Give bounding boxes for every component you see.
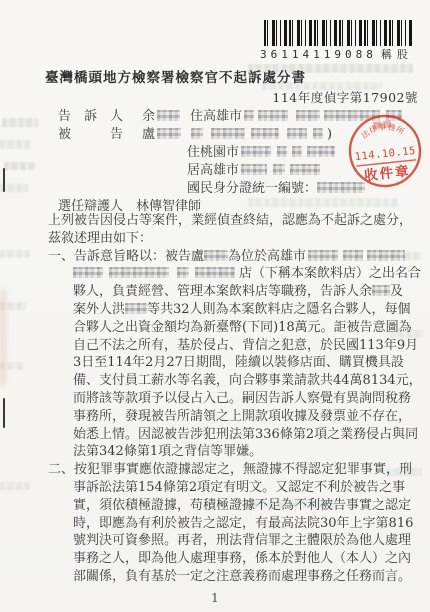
body-line: 法第342條第1項之背信等罪嫌。	[73, 443, 424, 461]
text-run: 夥人，負責經營、管理本案飲料店等職務，告訴人余	[73, 284, 372, 299]
text-run: 及	[390, 284, 403, 299]
body-line: 始悉上情。因認被告涉犯刑法第336條第2項之業務侵占與同	[73, 426, 424, 444]
text-run: 始悉上情。因認被告涉犯刑法第336條第2項之業務侵占與同	[73, 427, 418, 442]
body-line: 二、按犯罪事實應依證據認定之，無證據不得認定犯罪事實，刑	[48, 461, 424, 479]
text-run: 茲敘述理由如下：	[48, 231, 152, 246]
body-line: 3日至114年2月27日期間，陸續以裝修店面、購買機具設	[73, 354, 424, 372]
gap	[123, 119, 142, 120]
text-run: 事務所，發現被告所請領之上開款項收據及發票並不存在，	[73, 409, 411, 424]
text-run: 盧	[142, 127, 155, 142]
redaction-block	[241, 164, 267, 175]
bleed-through-mark	[0, 140, 30, 149]
scan-line-artifact	[3, 398, 5, 428]
body-line: 事訴訟法第154條第2項定有明文。又認定不利於被告之事	[73, 479, 424, 497]
redaction-block	[204, 250, 228, 261]
document-title: 臺灣橋頭地方檢察署檢察官不起訴處分書	[45, 66, 306, 86]
redaction-block	[258, 110, 288, 121]
text-run: 住桃園市	[187, 145, 239, 160]
body-line: 案外人洪等共32人則為本案飲料店之隱名合夥人，每個	[73, 301, 424, 319]
text-run: 被 告	[58, 127, 123, 142]
redaction-block	[157, 110, 180, 121]
redaction-block	[313, 128, 323, 139]
body-line: 號判決可資參照。再者，刑法背信罪之主體限於為他人處理	[73, 532, 424, 550]
scanned-document-page: 36114119088稱股 臺灣橋頭地方檢察署檢察官不起訴處分書 114年度偵字…	[0, 0, 430, 612]
gap	[288, 119, 296, 120]
case-number: 114年度偵字第17902號	[272, 88, 418, 106]
text-run: 二、按犯罪事實應依證據認定之，無證據不得認定犯罪事實，刑	[48, 462, 412, 477]
body-line: 部關係，負有基於一定之注意義務而處理事務之任務而言。	[73, 568, 424, 586]
receipt-stamp: 法律事務所 114.10.15 收件章	[341, 106, 429, 196]
redaction-block	[273, 164, 285, 175]
redaction-block	[109, 267, 169, 278]
body-line: 備、支付員工薪水等名義，向合夥事業請款共44萬8134元，	[73, 372, 424, 390]
text-run: 等共32人則為本案飲料店之隱名合夥人，每個	[147, 302, 411, 317]
redaction-block	[241, 146, 271, 157]
body-line: 事務之人，即為他人處理事務，係本於對他人（本人）之內	[73, 550, 424, 568]
gap	[279, 137, 287, 138]
text-run: 店（下稱本案飲料店）之出名合	[239, 266, 421, 281]
redaction-block	[290, 164, 320, 175]
text-run: 實，須依積極證據，苟積極證據不足為不利被告事實之認定	[73, 498, 411, 513]
text-run: 為位於高雄市	[228, 249, 306, 264]
body-line: 一、告訴意旨略以：被告盧為位於高雄市	[48, 248, 424, 266]
redaction-block	[277, 146, 287, 157]
body-line: 上列被告因侵占等案件，業經偵查終結，認應為不起訴之處分，	[48, 212, 424, 230]
text-run: 告 訴 人	[58, 109, 123, 124]
body-line: 而將該等款項予以侵占入己。嗣因告訴人察覺有異詢問稅務	[73, 390, 424, 408]
text-run: 備、支付員工薪水等名義，向合夥事業請款共44萬8134元，	[73, 373, 422, 388]
barcode-number: 36114119088	[260, 48, 377, 61]
redaction-block	[191, 128, 203, 139]
body-line: 事務所，發現被告所請領之上開款項收據及發票並不存在，	[73, 408, 424, 426]
body-line: 合夥人之出資金額均為新臺幣(下同)18萬元。詎被告意圖為	[73, 319, 424, 337]
body-line: 茲敘述理由如下：	[48, 230, 424, 248]
redaction-block	[251, 128, 279, 139]
bleed-through-mark	[4, 162, 36, 170]
text-run: 號判決可資參照。再者，刑法背信罪之主體限於為他人處理	[73, 533, 411, 548]
redaction-block	[244, 110, 254, 121]
redaction-block	[211, 128, 245, 139]
redaction-block	[177, 267, 189, 278]
redaction-block	[292, 146, 302, 157]
text-run: 案外人洪	[73, 302, 125, 317]
redaction-block	[296, 110, 320, 121]
redaction-block	[307, 146, 335, 157]
text-run: 國民身分證統一編號：	[187, 181, 317, 196]
body-line: 夥人，負責經營、管理本案飲料店等職務，告訴人余及	[73, 283, 424, 301]
gap	[169, 276, 177, 277]
page-number: 1	[0, 591, 430, 605]
text-run: 居高雄市	[187, 163, 239, 178]
barcode-caption: 36114119088稱股	[260, 46, 425, 62]
bleed-through-mark	[0, 482, 30, 490]
scan-line-artifact	[3, 168, 5, 192]
text-run: 而將該等款項予以侵占入己。嗣因告訴人察覺有異詢問稅務	[73, 391, 411, 406]
gap	[180, 119, 190, 120]
redaction-block	[157, 128, 181, 139]
redaction-block	[125, 303, 147, 314]
bleed-through-mark	[2, 118, 38, 127]
text-run: )	[327, 127, 332, 142]
redaction-block	[343, 250, 363, 261]
body-line: 實，須依積極證據，苟積極證據不足為不利被告事實之認定	[73, 497, 424, 515]
redaction-block	[372, 285, 390, 296]
text-run: 上列被告因侵占等案件，業經偵查終結，認應為不起訴之處分，	[48, 213, 412, 228]
text-run: 合夥人之出資金額均為新臺幣(下同)18萬元。詎被告意圖為	[73, 320, 412, 335]
body-text: 上列被告因侵占等案件，業經偵查終結，認應為不起訴之處分，茲敘述理由如下：一、告訴…	[48, 212, 424, 586]
redaction-block	[367, 250, 405, 261]
text-run: 時，即應為有利於被告之認定，有最高法院30年上字第816	[73, 516, 413, 531]
redaction-block	[73, 267, 103, 278]
barcode	[264, 20, 412, 46]
bleed-through-mark	[0, 250, 30, 258]
gap	[181, 137, 191, 138]
text-run: 自己不法之所有，基於侵占、背信之犯意，於民國113年9月	[73, 338, 418, 353]
redaction-block	[287, 128, 307, 139]
gap	[123, 209, 136, 210]
text-run: 部關係，負有基於一定之注意義務而處理事務之任務而言。	[73, 569, 411, 584]
body-line: 店（下稱本案飲料店）之出名合	[73, 265, 424, 283]
text-run: 一、告訴意旨略以：被告盧	[48, 249, 204, 264]
body-line: 自己不法之所有，基於侵占、背信之犯意，於民國113年9月	[73, 337, 424, 355]
gap	[123, 137, 142, 138]
text-run: 3日至114年2月27日期間，陸續以裝修店面、購買機具設	[73, 355, 404, 370]
barcode-desk-label: 稱股	[381, 48, 413, 61]
body-line: 時，即應為有利於被告之認定，有最高法院30年上字第816	[73, 515, 424, 533]
redaction-block	[308, 250, 338, 261]
text-run: 余	[142, 109, 155, 124]
text-run: 事訴訟法第154條第2項定有明文。又認定不利於被告之事	[73, 480, 405, 495]
redaction-block	[195, 267, 235, 278]
pink-smudge-artifact	[0, 290, 6, 386]
gap	[203, 137, 211, 138]
text-run: 住高雄市	[190, 109, 242, 124]
text-run: 事務之人，即為他人處理事務，係本於對他人（本人）之內	[73, 551, 411, 566]
text-run: 法第342條第1項之背信等罪嫌。	[73, 444, 262, 459]
